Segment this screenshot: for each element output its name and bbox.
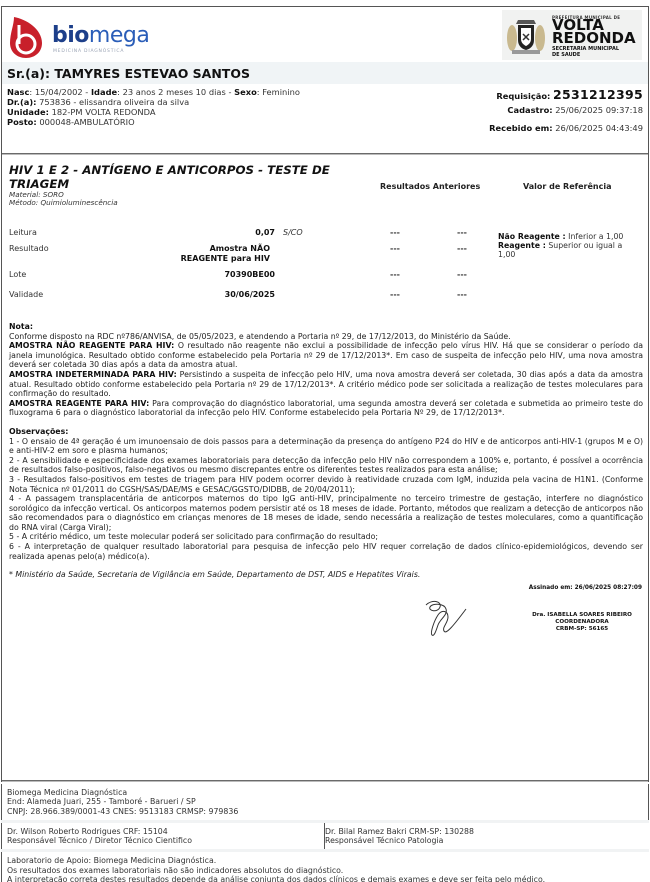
report-header: biomega MEDICINA DIAGNÓSTICA PREFEITURA … — [2, 7, 648, 62]
biomega-wordmark: biomega — [52, 23, 149, 48]
patient-name: Sr.(a): TAMYRES ESTEVAO SANTOS — [7, 66, 250, 81]
collection-post: Posto: 000048-AMBULATÓRIO — [7, 117, 300, 127]
received-date: Recebido em: 26/06/2025 04:43:49 — [489, 123, 643, 133]
row-value: 0,07 — [255, 228, 275, 238]
previous-result-2: --- — [457, 290, 467, 299]
observation-item: 3 - Resultados falso-positivos em testes… — [9, 475, 643, 494]
previous-result-2: --- — [457, 244, 467, 253]
reference-values: Não Reagente : Inferior a 1,00 Reagente … — [498, 232, 633, 259]
signer-registry: CRBM-SP: 56165 — [522, 626, 642, 633]
exam-title: HIV 1 E 2 - ANTÍGENO E ANTICORPOS - TEST… — [9, 163, 349, 191]
request-info: Requisição: 2531212395 Cadastro: 25/06/2… — [489, 87, 643, 133]
company-name: Biomega Medicina Diagnóstica — [7, 788, 648, 797]
reference-non-reactive: Não Reagente : Inferior a 1,00 — [498, 232, 633, 241]
reference-reactive: Reagente : Superior ou igual a 1,00 — [498, 241, 633, 259]
exam-meta: Material: SORO Método: Quimioluminescênc… — [9, 191, 118, 207]
support-line: Os resultados dos exames laboratoriais n… — [7, 866, 649, 875]
company-address: End: Alameda Juari, 255 - Tamboré - Baru… — [7, 797, 648, 806]
note-intro: Conforme disposto na RDC nº786/ANVISA, d… — [9, 332, 643, 342]
patient-info: Nasc: 15/04/2002 - Idade: 23 anos 2 mese… — [7, 87, 300, 127]
note-indeterminate: AMOSTRA INDETERMINADA PARA HIV: Persisti… — [9, 370, 643, 399]
biomega-logo: biomega MEDICINA DIAGNÓSTICA — [4, 9, 164, 59]
requesting-doctor: Dr.(a): 753836 - elissandra oliveira da … — [7, 97, 300, 107]
previous-result-1: --- — [390, 290, 400, 299]
note-reactive: AMOSTRA REAGENTE PARA HIV: Para comprova… — [9, 399, 643, 418]
patient-band: Sr.(a): TAMYRES ESTEVAO SANTOS — [2, 62, 648, 84]
observation-item: 1 - O ensaio de 4ª geração é um imunoens… — [9, 437, 643, 456]
biomega-drop-icon — [6, 15, 46, 59]
observation-item: 5 - A critério médico, um teste molecula… — [9, 532, 643, 542]
observation-item: 6 - A interpretação de qualquer resultad… — [9, 542, 643, 561]
responsible-1-role: Responsável Técnico / Diretor Técnico Ci… — [7, 836, 324, 845]
responsible-2-name: Dr. Bilal Ramez Bakri CRM-SP: 130288 — [325, 827, 647, 836]
row-label: Lote — [9, 270, 26, 279]
row-value: 70390BE00 — [224, 270, 275, 280]
unit: Unidade: 182-PM VOLTA REDONDA — [7, 107, 300, 117]
responsible-2-role: Responsável Técnico Patologia — [325, 836, 647, 845]
patient-demographics: Nasc: 15/04/2002 - Idade: 23 anos 2 mese… — [7, 87, 300, 97]
signer-info: Dra. ISABELLA SOARES RIBEIRO COORDENADOR… — [522, 612, 642, 633]
note-title: Nota: — [9, 322, 33, 331]
lab-report-page: biomega MEDICINA DIAGNÓSTICA PREFEITURA … — [1, 6, 649, 782]
section-divider — [2, 153, 648, 155]
reference-value-header: Valor de Referência — [523, 182, 612, 191]
observation-item: 2 - A sensibilidade e especificidade dos… — [9, 456, 643, 475]
support-line: A interpretação correta destes resultado… — [7, 875, 649, 882]
previous-result-1: --- — [390, 244, 400, 253]
note-non-reactive: AMOSTRA NÃO REAGENTE PARA HIV: O resulta… — [9, 341, 643, 370]
observation-item: 4 - A passagem transplacentária de antic… — [9, 494, 643, 532]
volta-redonda-logo: PREFEITURA MUNICIPAL DE VOLTAREDONDA SEC… — [502, 10, 642, 60]
row-label: Resultado — [9, 244, 49, 253]
previous-results-header: Resultados Anteriores — [380, 182, 480, 191]
previous-result-2: --- — [457, 270, 467, 279]
row-label: Validade — [9, 290, 43, 299]
previous-result-2: --- — [457, 228, 467, 237]
notes-section: Nota: Conforme disposto na RDC nº786/ANV… — [9, 322, 643, 580]
support-lab-info: Laboratorio de Apoio: Biomega Medicina D… — [1, 852, 649, 882]
city-crest-icon — [506, 14, 546, 56]
footnote: * Ministério da Saúde, Secretaria de Vig… — [9, 570, 643, 580]
signer-role: COORDENADORA — [522, 619, 642, 626]
signed-at: Assinado em: 26/06/2025 08:27:09 — [529, 585, 642, 591]
company-info: Biomega Medicina Diagnóstica End: Alamed… — [1, 784, 649, 820]
page-bottom-divider — [2, 780, 648, 782]
responsible-2: Dr. Bilal Ramez Bakri CRM-SP: 130288 Res… — [324, 823, 647, 850]
support-line: Laboratorio de Apoio: Biomega Medicina D… — [7, 856, 649, 865]
signer-name: Dra. ISABELLA SOARES RIBEIRO — [522, 612, 642, 619]
row-unit: S/CO — [283, 228, 303, 237]
previous-result-1: --- — [390, 270, 400, 279]
request-number: Requisição: 2531212395 — [489, 87, 643, 101]
row-value: 30/06/2025 — [225, 290, 275, 300]
health-secretariat: SECRETARIA MUNICIPALDE SAUDE — [552, 47, 619, 58]
report-footer: Biomega Medicina Diagnóstica End: Alamed… — [1, 784, 649, 882]
company-ids: CNPJ: 28.966.389/0001-43 CNES: 9513183 C… — [7, 807, 648, 816]
biomega-tagline: MEDICINA DIAGNÓSTICA — [53, 49, 124, 54]
registration-date: Cadastro: 25/06/2025 09:37:18 — [489, 105, 643, 117]
city-name: VOLTAREDONDA — [552, 19, 636, 45]
responsible-technicians: Dr. Wilson Roberto Rodrigues CRF: 15104 … — [1, 823, 649, 850]
row-label: Leitura — [9, 228, 37, 237]
row-value: Amostra NÃO REAGENTE para HIV — [160, 244, 270, 264]
signature-icon — [420, 597, 470, 641]
exam-method: Método: Quimioluminescência — [9, 199, 118, 207]
responsible-1-name: Dr. Wilson Roberto Rodrigues CRF: 15104 — [7, 827, 324, 836]
responsible-1: Dr. Wilson Roberto Rodrigues CRF: 15104 … — [1, 823, 324, 850]
observations-title: Observações: — [9, 427, 68, 436]
previous-result-1: --- — [390, 228, 400, 237]
